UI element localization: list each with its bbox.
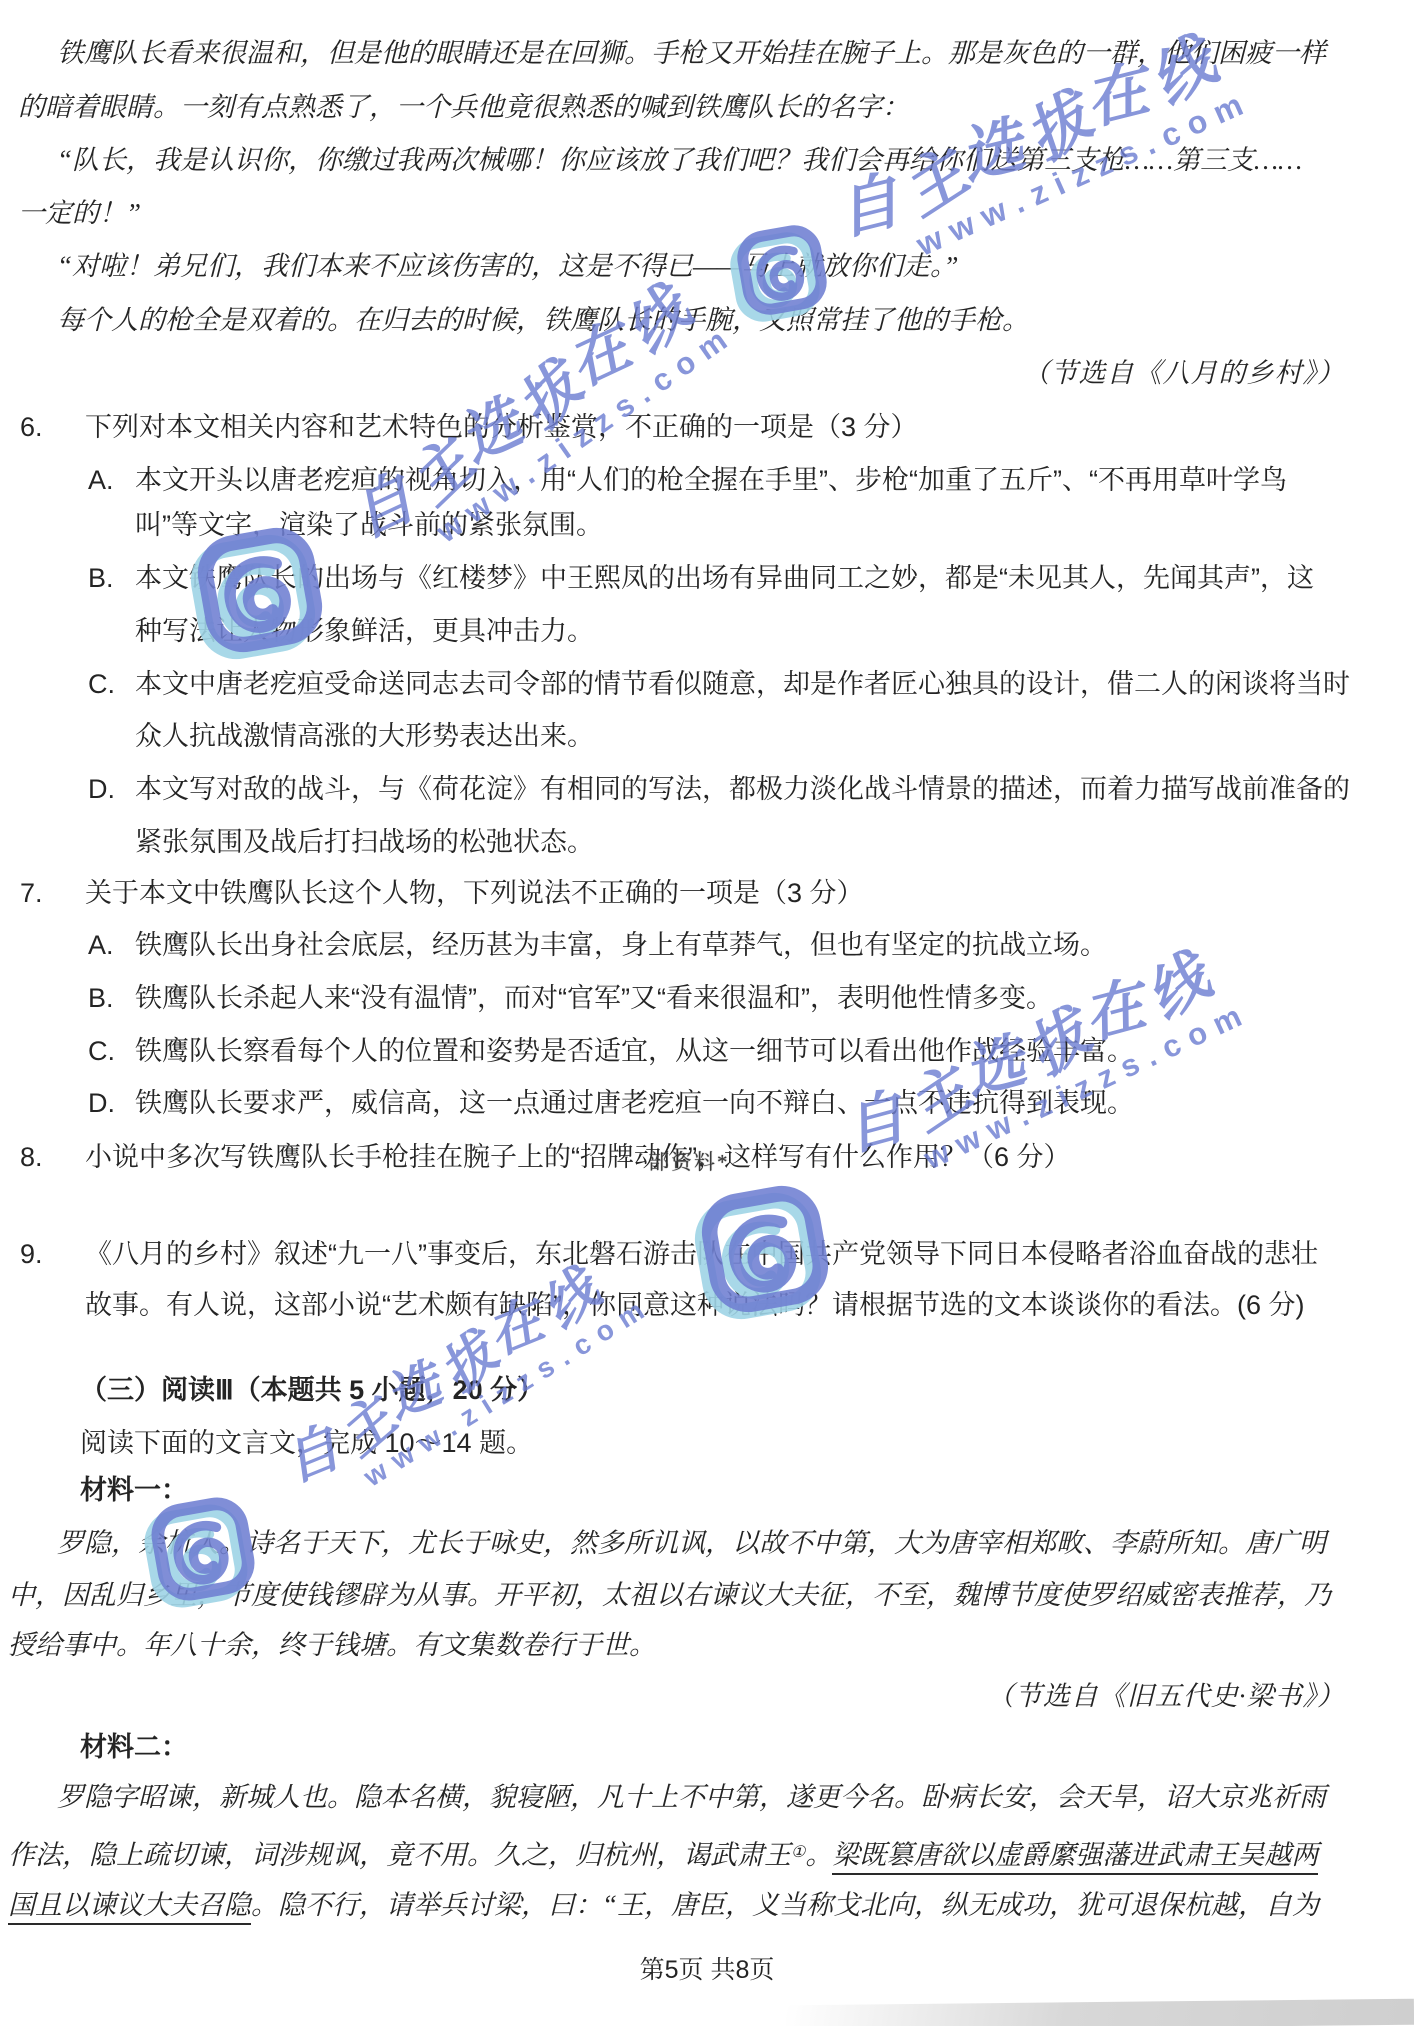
question-6-option-b: B.本文铁鹰队长的出场与《红楼梦》中王熙凤的出场有异曲同工之妙，都是“未见其人，… <box>88 561 1314 595</box>
option-label: D. <box>88 772 135 806</box>
question-9-line-1: 9.《八月的乡村》叙述“九一八”事变后，东北磐石游击队在中国共产党领导下同日本侵… <box>20 1237 1318 1271</box>
option-label: D. <box>88 1086 135 1120</box>
zizzs-logo-icon <box>179 523 327 671</box>
question-7-option-a: A.铁鹰队长出身社会底层，经历甚为丰富，身上有草莽气，但也有坚定的抗战立场。 <box>88 928 1107 962</box>
footnote-marker: ① <box>791 1844 805 1861</box>
underlined-passage: 国且以谏议大夫召隐 <box>8 1890 251 1925</box>
question-number: 8. <box>20 1140 85 1174</box>
excerpt-source: （节选自《八月的乡村》） <box>1023 356 1346 390</box>
question-6-stem: 6.下列对本文相关内容和艺术特色的分析鉴赏，不正确的一项是（3 分） <box>20 410 918 444</box>
material-1-line: 授给事中。年八十余，终于钱塘。有文集数卷行于世。 <box>8 1628 656 1662</box>
excerpt-line: 一定的！” <box>18 196 141 230</box>
material-1-line: 中，因乱归乡里，节度使钱镠辟为从事。开平初，太祖以右谏议大夫征，不至，魏博节度使… <box>8 1578 1331 1612</box>
question-7-stem: 7.关于本文中铁鹰队长这个人物，下列说法不正确的一项是（3 分） <box>20 876 864 910</box>
question-number: 7. <box>20 876 85 910</box>
question-6-option-d-cont: 紧张氛围及战后打扫战场的松弛状态。 <box>135 825 594 859</box>
excerpt-line: “对啦！弟兄们，我们本来不应该伤害的，这是不得已——马上就放你们走。” <box>57 249 959 283</box>
section-3-intro: 阅读下面的文言文，完成 10～14 题。 <box>80 1426 533 1460</box>
question-8: 8.小说中多次写铁鹰队长手枪挂在腕子上的“招牌动作”，这样写有什么作用？（6 分… <box>20 1140 1071 1174</box>
question-6-option-c: C.本文中唐老疙疸受命送同志去司令部的情节看似随意，却是作者匠心独具的设计，借二… <box>88 667 1350 701</box>
option-label: C. <box>88 1034 135 1068</box>
excerpt-line: 的暗着眼睛。一刻有点熟悉了，一个兵他竟很熟悉的喊到铁鹰队长的名字： <box>18 90 909 124</box>
question-7-option-d: D.铁鹰队长要求严，威信高，这一点通过唐老疙疸一向不辩白、一点不违抗得到表现。 <box>88 1086 1134 1120</box>
page-number: 第5页 共8页 <box>640 1950 775 1986</box>
option-label: C. <box>88 667 135 701</box>
excerpt-line: “队长，我是认识你，你缴过我两次械哪！你应该放了我们吧？我们会再给你们送第三支枪… <box>57 143 1302 177</box>
question-6-option-d: D.本文写对敌的战斗，与《荷花淀》有相同的写法，都极力淡化战斗情景的描述，而着力… <box>88 772 1350 806</box>
scan-overprint-artifact: 部资料* <box>648 1146 730 1176</box>
section-3-header: （三）阅读Ⅲ（本题共 5 小题，20 分） <box>80 1373 544 1407</box>
question-number: 6. <box>20 410 85 444</box>
excerpt-line: 每个人的枪全是双着的。在归去的时候，铁鹰队长的手腕，又照常挂了他的手枪。 <box>57 303 1029 337</box>
question-7-option-c: C.铁鹰队长察看每个人的位置和姿势是否适宜，从这一细节可以看出他作战经验丰富。 <box>88 1034 1134 1068</box>
question-6-option-c-cont: 众人抗战激情高涨的大形势表达出来。 <box>135 719 594 753</box>
question-6-option-a: A.本文开头以唐老疙疸的视角切入，用“人们的枪全握在手里”、步枪“加重了五斤”、… <box>88 463 1287 497</box>
material-1-source: （节选自《旧五代史·梁书》） <box>987 1679 1345 1713</box>
excerpt-line: 铁鹰队长看来很温和，但是他的眼睛还是在回狮。手枪又开始挂在腕子上。那是灰色的一群… <box>57 36 1326 70</box>
option-label: B. <box>88 561 135 595</box>
option-label: A. <box>88 928 135 962</box>
underlined-passage: 梁既篡唐欲以虚爵縻强藩进武肃王吴越两 <box>832 1840 1318 1875</box>
material-2-line: 国且以谏议大夫召隐。隐不行，请举兵讨梁，曰：“王，唐臣，义当称戈北向，纵无成功，… <box>8 1888 1319 1922</box>
question-number: 9. <box>20 1237 85 1271</box>
question-7-option-b: B.铁鹰队长杀起人来“没有温情”，而对“官军”又“看来很温和”，表明他性情多变。 <box>88 981 1053 1015</box>
question-9-line-2: 故事。有人说，这部小说“艺术颇有缺陷”，你同意这种说法吗？请根据节选的文本谈谈你… <box>85 1288 1304 1322</box>
material-1-line: 罗隐，余杭人。诗名于天下，尤长于咏史，然多所讥讽，以故不中第，大为唐宰相郑畋、李… <box>57 1526 1326 1560</box>
material-2-line: 作法，隐上疏切谏，词涉规讽，竟不用。久之，归杭州，谒武肃王①。梁既篡唐欲以虚爵縻… <box>8 1836 1318 1872</box>
material-2-title: 材料二： <box>80 1730 188 1764</box>
exam-page: 铁鹰队长看来很温和，但是他的眼睛还是在回狮。手枪又开始挂在腕子上。那是灰色的一群… <box>0 0 1414 2026</box>
question-6-option-b-cont: 种写法让人物形象鲜活，更具冲击力。 <box>135 614 594 648</box>
material-2-line: 罗隐字昭谏，新城人也。隐本名横，貌寝陋，凡十上不中第，遂更今名。卧病长安，会天旱… <box>57 1780 1326 1814</box>
scan-shadow <box>786 1999 1414 2026</box>
material-1-title: 材料一： <box>80 1473 188 1507</box>
question-6-option-a-cont: 叫”等文字，渲染了战斗前的紧张氛围。 <box>135 508 603 542</box>
option-label: A. <box>88 463 135 497</box>
option-label: B. <box>88 981 135 1015</box>
